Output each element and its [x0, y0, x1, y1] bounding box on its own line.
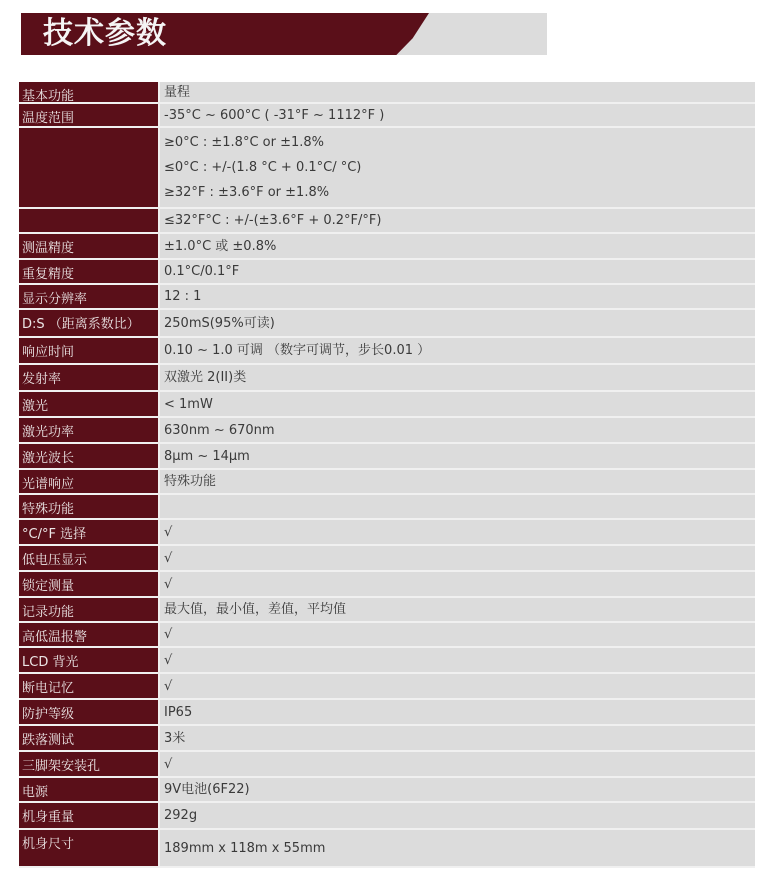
spec-value-line: 最大值，最小值，差值，平均值 — [164, 597, 755, 622]
spec-value-line: √ — [164, 622, 755, 647]
spec-label: 电源 — [19, 778, 160, 801]
spec-value-line: 8μm ~ 14μm — [164, 444, 755, 469]
spec-label: 激光功率 — [19, 418, 160, 442]
spec-row: 记录功能最大值，最小值，差值，平均值 — [19, 598, 755, 623]
spec-value: -35°C ~ 600°C ( -31°F ~ 1112°F ) — [160, 104, 755, 126]
spec-row: 激光功率630nm ~ 670nm — [19, 418, 755, 444]
spec-row: ≤32°F°C : +/-(±3.6°F + 0.2°F/°F) — [19, 209, 755, 234]
spec-label — [19, 128, 160, 207]
spec-label: 机身重量 — [19, 803, 160, 828]
spec-row: 显示分辨率12 : 1 — [19, 285, 755, 310]
spec-label: 断电记忆 — [19, 674, 160, 698]
spec-label: 机身尺寸 — [19, 830, 160, 866]
spec-label: 激光 — [19, 392, 160, 416]
spec-value: 双激光 2(II)类 — [160, 365, 755, 390]
spec-row: ≥0°C : ±1.8°C or ±1.8%≤0°C : +/-(1.8 °C … — [19, 128, 755, 209]
spec-value: 250mS(95%可读) — [160, 310, 755, 336]
spec-value: 630nm ~ 670nm — [160, 418, 755, 442]
spec-value-line: √ — [164, 546, 755, 571]
spec-row: °C/°F 选择√ — [19, 520, 755, 546]
spec-row: 特殊功能 — [19, 495, 755, 520]
spec-value-line: √ — [164, 520, 755, 545]
spec-value: √ — [160, 520, 755, 544]
spec-row: 激光 < 1mW — [19, 392, 755, 418]
spec-row: 温度范围-35°C ~ 600°C ( -31°F ~ 1112°F ) — [19, 104, 755, 128]
spec-label: 锁定测量 — [19, 572, 160, 596]
spec-label: D:S （距离系数比） — [19, 310, 160, 336]
spec-label: 基本功能 — [19, 82, 160, 102]
spec-row: 防护等级IP65 — [19, 700, 755, 726]
spec-row: 跌落测试3米 — [19, 726, 755, 752]
spec-label: 显示分辨率 — [19, 285, 160, 308]
spec-value: 3米 — [160, 726, 755, 750]
spec-value-line: √ — [164, 674, 755, 699]
spec-value-line: √ — [164, 648, 755, 673]
spec-row: 激光波长8μm ~ 14μm — [19, 444, 755, 470]
spec-value: √ — [160, 572, 755, 596]
spec-value: < 1mW — [160, 392, 755, 416]
spec-value-line: 189mm x 118m x 55mm — [164, 836, 755, 861]
spec-label: 温度范围 — [19, 104, 160, 126]
spec-label: 跌落测试 — [19, 726, 160, 750]
spec-value-line: 量程 — [164, 80, 755, 105]
spec-value-line: 0.10 ~ 1.0 可调 （数字可调节，步长0.01 ） — [164, 338, 755, 363]
spec-label: 记录功能 — [19, 598, 160, 621]
spec-label: 重复精度 — [19, 260, 160, 283]
spec-label — [19, 209, 160, 232]
spec-value: √ — [160, 546, 755, 570]
spec-row: 机身重量292g — [19, 803, 755, 830]
spec-row: 测温精度±1.0°C 或 ±0.8% — [19, 234, 755, 260]
section-header-banner: 技术参数 — [21, 13, 547, 55]
spec-value-line: 特殊功能 — [164, 469, 755, 494]
spec-value: √ — [160, 623, 755, 646]
spec-label: 测温精度 — [19, 234, 160, 258]
spec-value-line: √ — [164, 752, 755, 777]
spec-row: 光谱响应特殊功能 — [19, 470, 755, 495]
spec-value: √ — [160, 674, 755, 698]
spec-label: 响应时间 — [19, 338, 160, 363]
spec-label: 低电压显示 — [19, 546, 160, 570]
spec-value-line: IP65 — [164, 700, 755, 725]
spec-label: 特殊功能 — [19, 495, 160, 518]
spec-value-line: -35°C ~ 600°C ( -31°F ~ 1112°F ) — [164, 103, 755, 128]
spec-value: √ — [160, 648, 755, 672]
spec-value: ±1.0°C 或 ±0.8% — [160, 234, 755, 258]
spec-label: LCD 背光 — [19, 648, 160, 672]
spec-value-line: ≥32°F : ±3.6°F or ±1.8% — [164, 180, 755, 205]
spec-row: 电源9V电池(6F22) — [19, 778, 755, 803]
spec-label: °C/°F 选择 — [19, 520, 160, 544]
spec-label: 防护等级 — [19, 700, 160, 724]
section-title: 技术参数 — [43, 15, 167, 53]
spec-row: 断电记忆√ — [19, 674, 755, 700]
spec-value-line: 双激光 2(II)类 — [164, 365, 755, 390]
spec-value: √ — [160, 752, 755, 776]
spec-table: 基本功能量程温度范围-35°C ~ 600°C ( -31°F ~ 1112°F… — [19, 82, 755, 868]
spec-value-line: 0.1°C/0.1°F — [164, 259, 755, 284]
spec-value — [160, 495, 755, 518]
spec-row: 重复精度0.1°C/0.1°F — [19, 260, 755, 285]
spec-label: 发射率 — [19, 365, 160, 390]
spec-value: 0.1°C/0.1°F — [160, 260, 755, 283]
spec-row: 发射率双激光 2(II)类 — [19, 365, 755, 392]
spec-value-line: 250mS(95%可读) — [164, 311, 755, 336]
spec-row: 机身尺寸189mm x 118m x 55mm — [19, 830, 755, 868]
spec-row: 低电压显示√ — [19, 546, 755, 572]
spec-value: 特殊功能 — [160, 470, 755, 493]
spec-value: ≥0°C : ±1.8°C or ±1.8%≤0°C : +/-(1.8 °C … — [160, 128, 755, 207]
spec-row: LCD 背光√ — [19, 648, 755, 674]
spec-value: 9V电池(6F22) — [160, 778, 755, 801]
spec-value-line: 630nm ~ 670nm — [164, 418, 755, 443]
spec-value-line: 292g — [164, 803, 755, 828]
spec-value-line: < 1mW — [164, 392, 755, 417]
spec-value-line: ±1.0°C 或 ±0.8% — [164, 234, 755, 259]
spec-label: 高低温报警 — [19, 623, 160, 646]
spec-value: 最大值，最小值，差值，平均值 — [160, 598, 755, 621]
spec-row: 高低温报警√ — [19, 623, 755, 648]
spec-value-line: √ — [164, 572, 755, 597]
spec-value: ≤32°F°C : +/-(±3.6°F + 0.2°F/°F) — [160, 209, 755, 232]
spec-value: 8μm ~ 14μm — [160, 444, 755, 468]
spec-value-line: ≤32°F°C : +/-(±3.6°F + 0.2°F/°F) — [164, 208, 755, 233]
spec-label: 三脚架安装孔 — [19, 752, 160, 776]
spec-value: 12 : 1 — [160, 285, 755, 308]
spec-row: 三脚架安装孔√ — [19, 752, 755, 778]
spec-value: 189mm x 118m x 55mm — [160, 830, 755, 866]
spec-value: 292g — [160, 803, 755, 828]
spec-value-line: 3米 — [164, 726, 755, 751]
spec-row: D:S （距离系数比）250mS(95%可读) — [19, 310, 755, 338]
spec-label: 激光波长 — [19, 444, 160, 468]
spec-value-line: ≤0°C : +/-(1.8 °C + 0.1°C/ °C) — [164, 155, 755, 180]
spec-row: 响应时间0.10 ~ 1.0 可调 （数字可调节，步长0.01 ） — [19, 338, 755, 365]
spec-value: 量程 — [160, 82, 755, 102]
spec-value-line: 12 : 1 — [164, 284, 755, 309]
spec-label: 光谱响应 — [19, 470, 160, 493]
spec-value-line: 9V电池(6F22) — [164, 777, 755, 802]
spec-row: 基本功能量程 — [19, 82, 755, 104]
spec-value: 0.10 ~ 1.0 可调 （数字可调节，步长0.01 ） — [160, 338, 755, 363]
spec-value-line: ≥0°C : ±1.8°C or ±1.8% — [164, 130, 755, 155]
spec-value: IP65 — [160, 700, 755, 724]
spec-row: 锁定测量√ — [19, 572, 755, 598]
